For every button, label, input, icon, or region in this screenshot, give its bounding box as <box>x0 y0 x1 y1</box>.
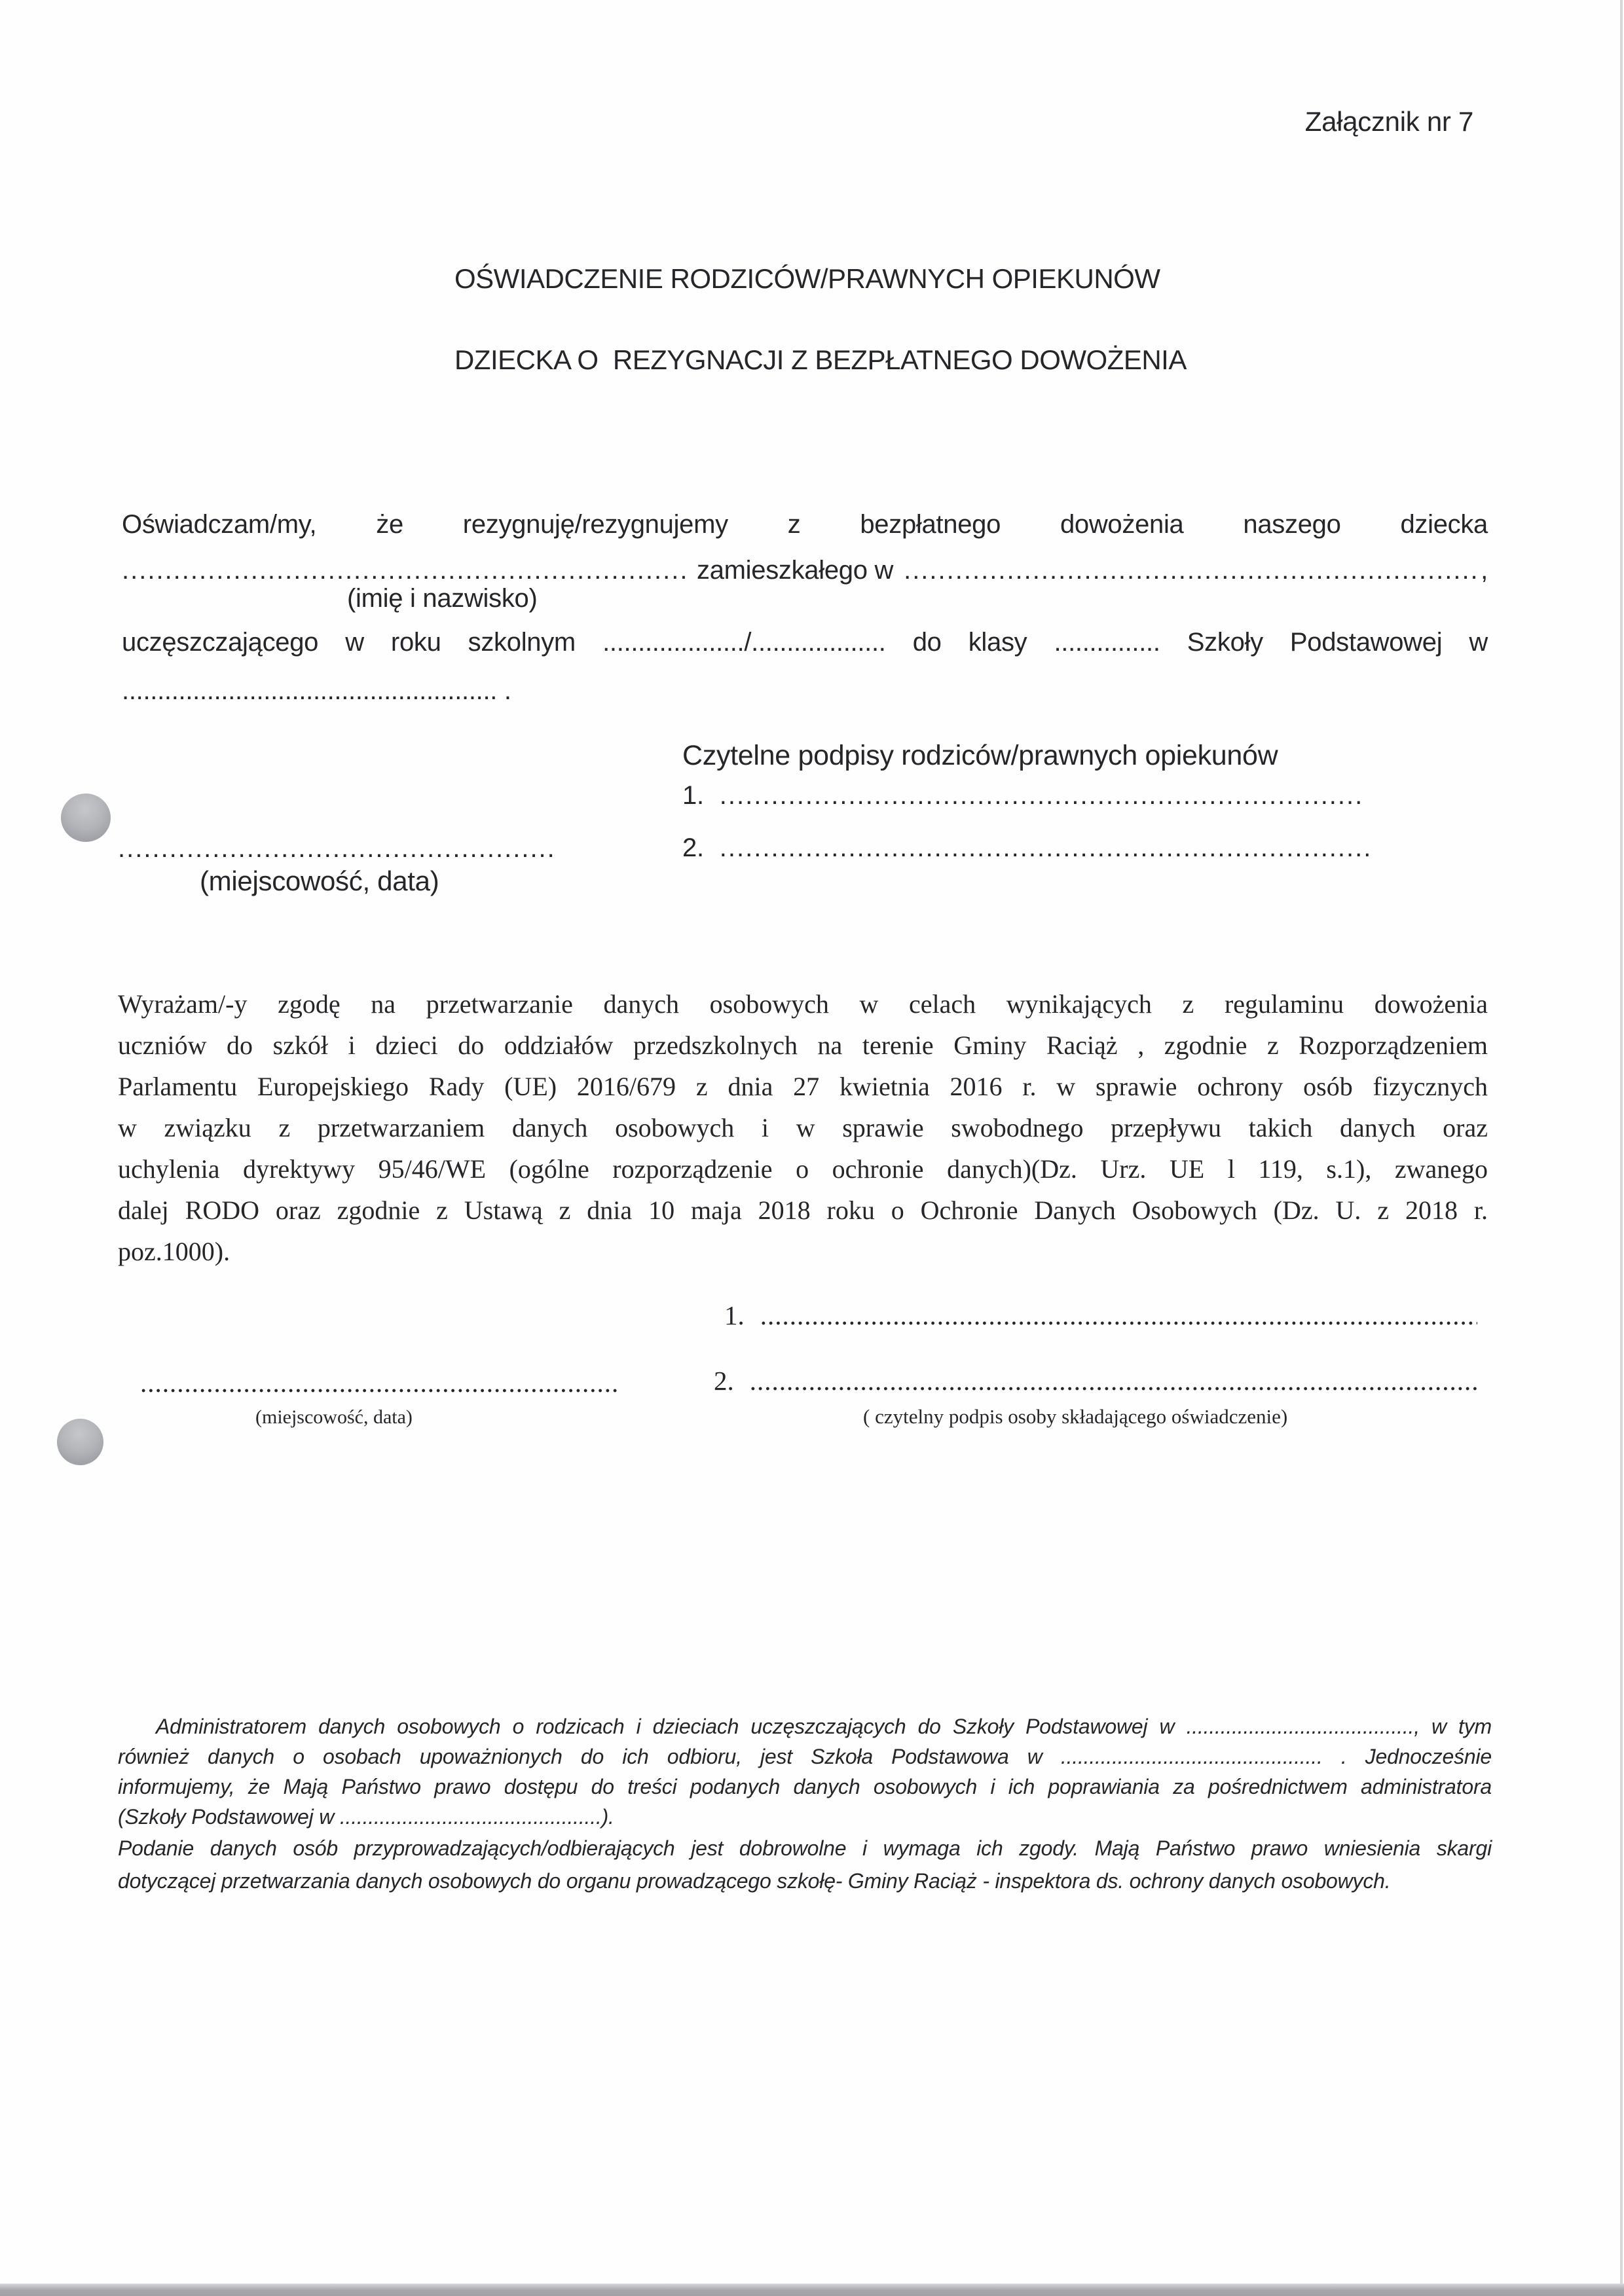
list-number: 2. <box>682 833 704 863</box>
consent-paragraph-line: uchylenia dyrektywy 95/46/WE (ogólne roz… <box>118 1154 1488 1185</box>
admin-note-line: również danych o osobach upoważnionych d… <box>118 1744 1492 1769</box>
declaration-line-1: Oświadczam/my, że rezygnuję/rezygnujemy … <box>122 509 1488 539</box>
parents-signatures-heading: Czytelne podpisy rodziców/prawnych opiek… <box>682 740 1278 772</box>
residence-comma: , <box>1481 555 1488 585</box>
place-date-blank-line: ........................................… <box>118 834 555 864</box>
place-date-blank-line: ........................................… <box>140 1367 617 1398</box>
place-date-hint-label: (miejscowość, data) <box>200 866 439 897</box>
list-number: 1. <box>682 780 704 811</box>
document-title-line2: DZIECKA O REZYGNACJI Z BEZPŁATNEGO DOWOŻ… <box>454 344 1187 376</box>
scan-edge-bottom <box>0 2284 1624 2296</box>
signature-blank-line: ........................................… <box>760 1300 1477 1331</box>
admin-note-line: informujemy, że Mają Państwo prawo dostę… <box>118 1774 1492 1799</box>
residence-label: zamieszkałego w <box>686 555 904 585</box>
admin-note-line: Administratorem danych osobowych o rodzi… <box>118 1714 1492 1739</box>
hole-punch-mark <box>61 793 111 842</box>
place-date-hint-label: (miejscowość, data) <box>255 1406 413 1429</box>
admin-note-line: (Szkoły Podstawowej w ..................… <box>118 1804 1492 1829</box>
parent-signature-line-1: 1. .....................................… <box>682 780 1363 811</box>
scanned-document-page: Załącznik nr 7 OŚWIADCZENIE RODZICÓW/PRA… <box>0 0 1624 2296</box>
consent-paragraph-line: Parlamentu Europejskiego Rady (UE) 2016/… <box>118 1071 1488 1102</box>
declaration-trailing-blank-line: ........................................… <box>122 676 1488 706</box>
document-title-line1: OŚWIADCZENIE RODZICÓW/PRAWNYCH OPIEKUNÓW <box>454 263 1160 295</box>
signature-blank-line: ........................................… <box>720 780 1363 811</box>
consent-paragraph-line: dalej RODO oraz zgodnie z Ustawą z dnia … <box>118 1195 1488 1226</box>
admin-note-line: Podanie danych osób przyprowadzających/o… <box>118 1836 1492 1861</box>
parent-signature-line-2: 2. .....................................… <box>682 833 1371 863</box>
hole-punch-mark <box>57 1419 103 1465</box>
signature-blank-line: ........................................… <box>720 833 1371 863</box>
scan-edge-right <box>1620 0 1623 2296</box>
statement-signature-line-2: 2. .....................................… <box>714 1366 1480 1396</box>
admin-note-line: dotyczącej przetwarzania danych osobowyc… <box>118 1868 1492 1893</box>
consent-paragraph-line: uczniów do szkół i dzieci do oddziałów p… <box>118 1030 1488 1061</box>
child-name-blank-line: ........................................… <box>122 555 686 585</box>
signature-blank-line: ........................................… <box>750 1366 1480 1396</box>
declaration-line-2: ........................................… <box>122 555 1488 585</box>
declaration-school-year-line: uczęszczającego w roku szkolnym ........… <box>122 627 1488 657</box>
residence-blank-line: ........................................… <box>904 555 1481 585</box>
consent-paragraph-line: Wyrażam/-y zgodę na przetwarzanie danych… <box>118 989 1488 1020</box>
legible-signature-hint-label: ( czytelny podpis osoby składającego ośw… <box>863 1405 1287 1429</box>
consent-paragraph-line: w związku z przetwarzaniem danych osobow… <box>118 1112 1488 1144</box>
list-number: 2. <box>714 1366 734 1396</box>
list-number: 1. <box>724 1300 745 1331</box>
name-hint-label: (imię i nazwisko) <box>347 584 538 613</box>
statement-signature-line-1: 1. .....................................… <box>724 1300 1477 1331</box>
consent-paragraph-line: poz.1000). <box>118 1236 1488 1267</box>
attachment-number-label: Załącznik nr 7 <box>1305 106 1473 137</box>
